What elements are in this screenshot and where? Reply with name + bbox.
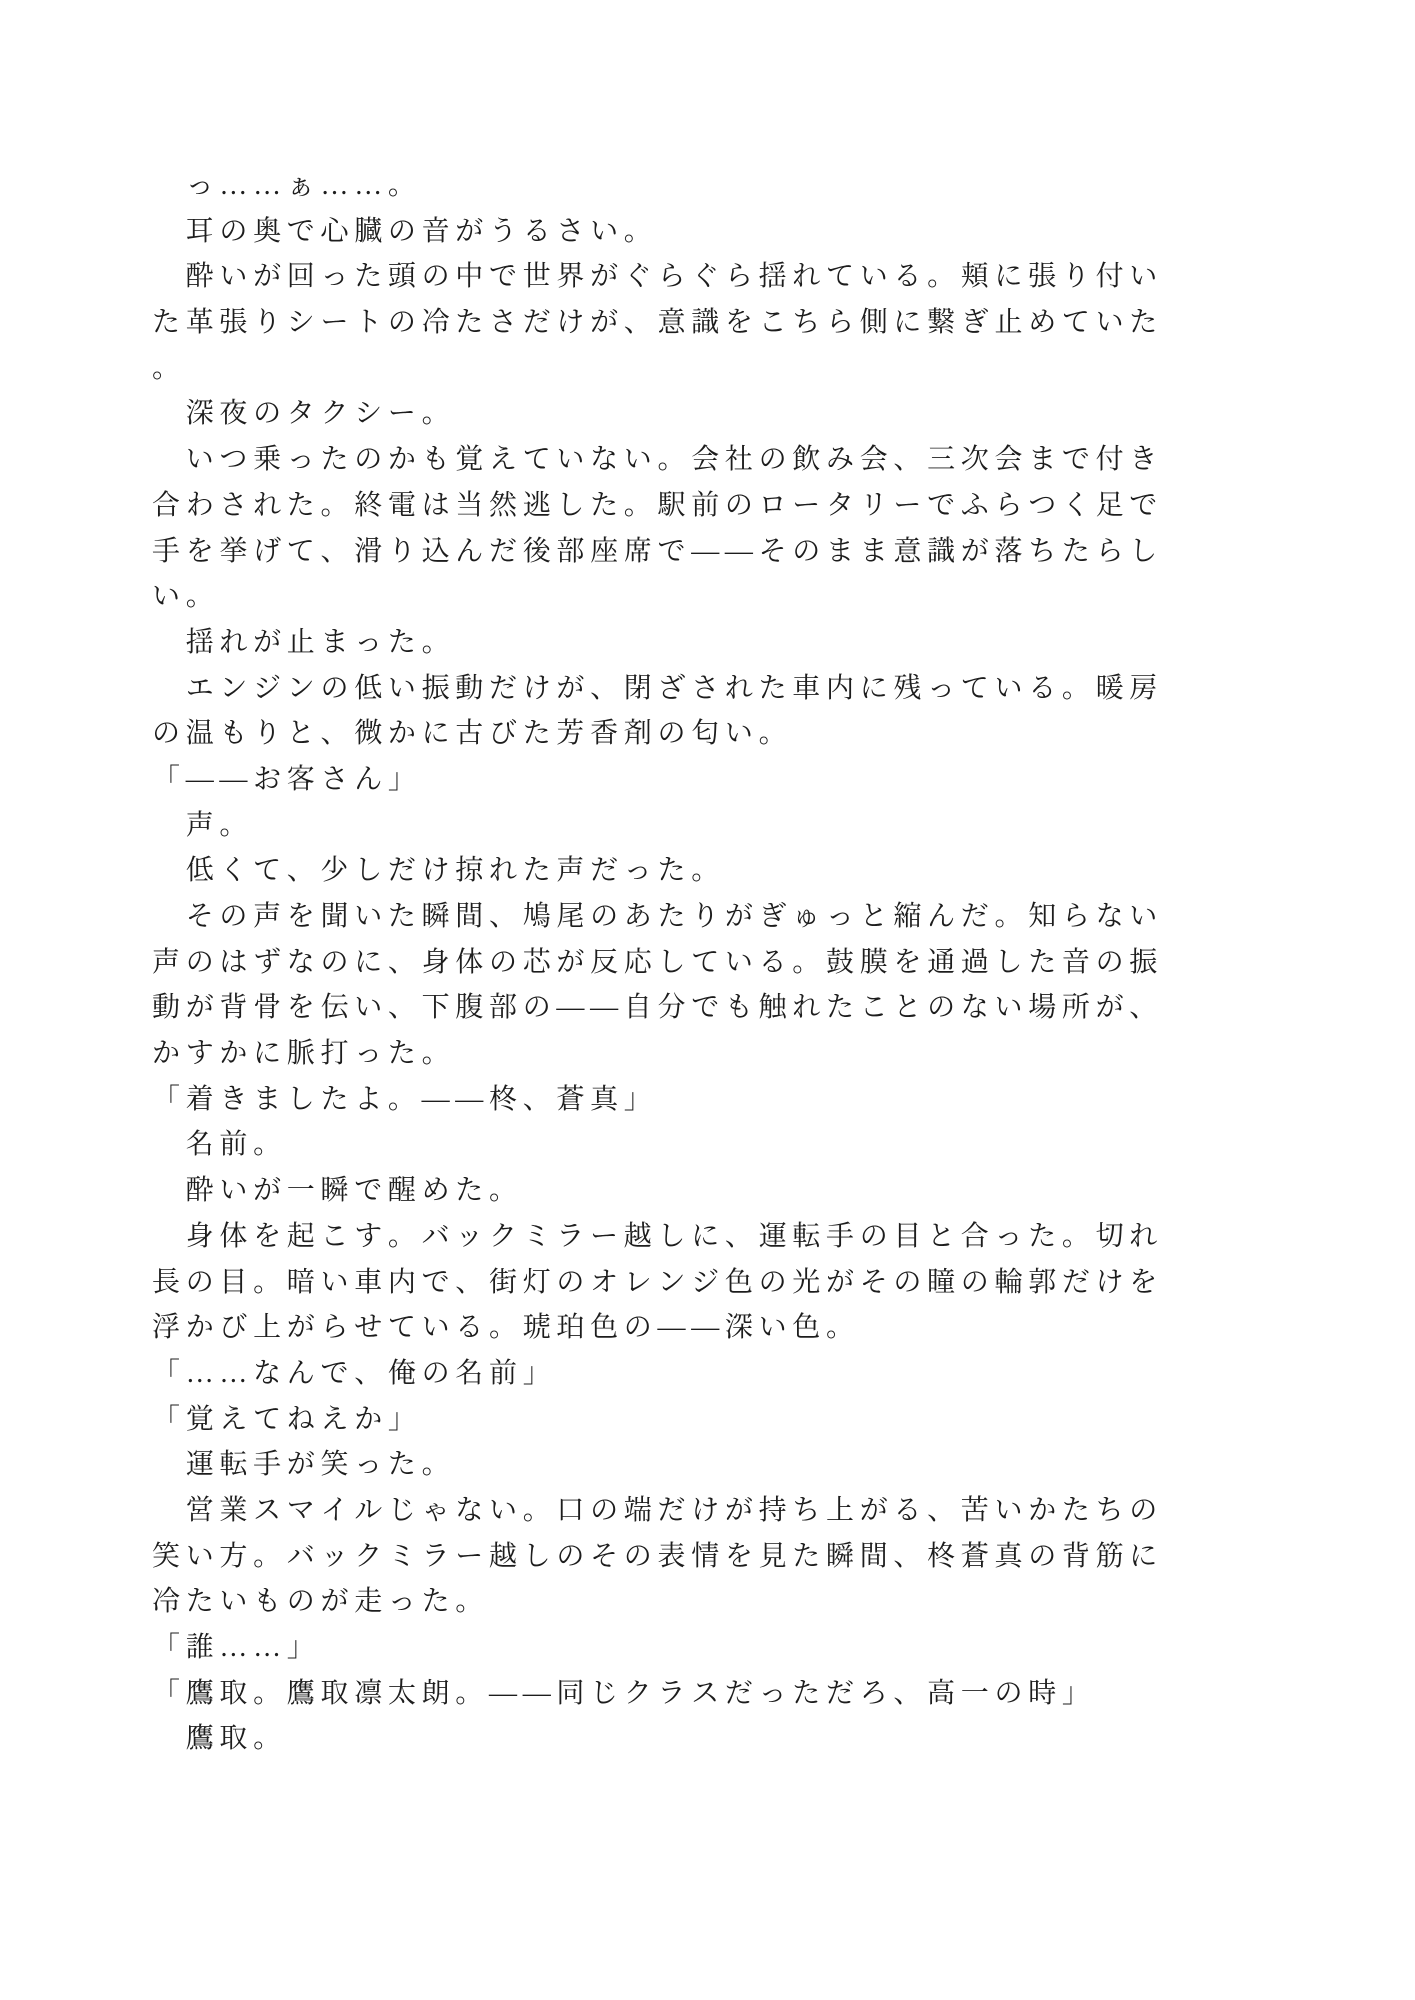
text-line: 笑い方。バックミラー越しのその表情を見た瞬間、柊蒼真の背筋に bbox=[152, 1534, 1167, 1580]
prose-text-block: っ……ぁ……。 耳の奥で心臓の音がうるさい。 酔いが回った頭の中で世界がぐらぐら… bbox=[152, 163, 1167, 1762]
text-line: 「覚えてねえか」 bbox=[152, 1397, 1167, 1443]
text-line: 冷たいものが走った。 bbox=[152, 1579, 1167, 1625]
text-line: 身体を起こす。バックミラー越しに、運転手の目と合った。切れ bbox=[152, 1214, 1167, 1260]
text-line: 「誰……」 bbox=[152, 1625, 1167, 1671]
text-line: 深夜のタクシー。 bbox=[152, 391, 1167, 437]
text-line: 名前。 bbox=[152, 1122, 1167, 1168]
text-line: 長の目。暗い車内で、街灯のオレンジ色の光がその瞳の輪郭だけを bbox=[152, 1260, 1167, 1306]
text-line: 鷹取。 bbox=[152, 1716, 1167, 1762]
text-line: 揺れが止まった。 bbox=[152, 620, 1167, 666]
text-line: 運転手が笑った。 bbox=[152, 1442, 1167, 1488]
text-line: 「着きましたよ。——柊、蒼真」 bbox=[152, 1077, 1167, 1123]
text-line: 耳の奥で心臓の音がうるさい。 bbox=[152, 209, 1167, 255]
text-line: 浮かび上がらせている。琥珀色の——深い色。 bbox=[152, 1305, 1167, 1351]
text-line: 「——お客さん」 bbox=[152, 757, 1167, 803]
text-line: 合わされた。終電は当然逃した。駅前のロータリーでふらつく足で bbox=[152, 483, 1167, 529]
text-line: いつ乗ったのかも覚えていない。会社の飲み会、三次会まで付き bbox=[152, 437, 1167, 483]
text-line: い。 bbox=[152, 574, 1167, 620]
text-line: その声を聞いた瞬間、鳩尾のあたりがぎゅっと縮んだ。知らない bbox=[152, 894, 1167, 940]
text-line: 「鷹取。鷹取凛太朗。——同じクラスだっただろ、高一の時」 bbox=[152, 1671, 1167, 1717]
text-line: 「……なんで、俺の名前」 bbox=[152, 1351, 1167, 1397]
text-line: 営業スマイルじゃない。口の端だけが持ち上がる、苦いかたちの bbox=[152, 1488, 1167, 1534]
text-line: かすかに脈打った。 bbox=[152, 1031, 1167, 1077]
text-line: 動が背骨を伝い、下腹部の——自分でも触れたことのない場所が、 bbox=[152, 985, 1167, 1031]
text-line: 。 bbox=[152, 346, 1167, 392]
text-line: の温もりと、微かに古びた芳香剤の匂い。 bbox=[152, 711, 1167, 757]
text-line: 声のはずなのに、身体の芯が反応している。鼓膜を通過した音の振 bbox=[152, 940, 1167, 986]
text-line: 手を挙げて、滑り込んだ後部座席で——そのまま意識が落ちたらし bbox=[152, 529, 1167, 575]
text-line: 酔いが一瞬で醒めた。 bbox=[152, 1168, 1167, 1214]
novel-page: っ……ぁ……。 耳の奥で心臓の音がうるさい。 酔いが回った頭の中で世界がぐらぐら… bbox=[0, 0, 1415, 2000]
text-line: 酔いが回った頭の中で世界がぐらぐら揺れている。頬に張り付い bbox=[152, 254, 1167, 300]
text-line: 声。 bbox=[152, 803, 1167, 849]
text-line: っ……ぁ……。 bbox=[152, 163, 1167, 209]
text-line: た革張りシートの冷たさだけが、意識をこちら側に繋ぎ止めていた bbox=[152, 300, 1167, 346]
text-line: エンジンの低い振動だけが、閉ざされた車内に残っている。暖房 bbox=[152, 666, 1167, 712]
text-line: 低くて、少しだけ掠れた声だった。 bbox=[152, 848, 1167, 894]
